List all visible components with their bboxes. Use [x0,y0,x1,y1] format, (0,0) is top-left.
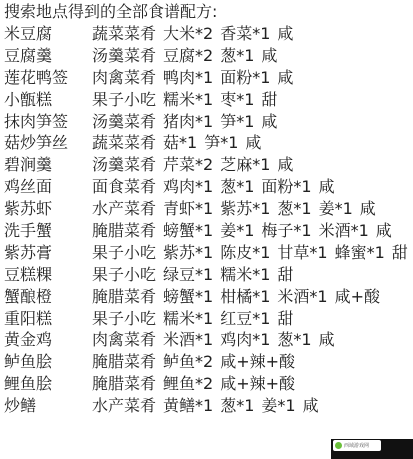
recipe-category: 果子小吃 [92,89,163,111]
recipe-row: 重阳糕果子小吃糯米*1红豆*1甜 [4,308,413,330]
watermark-text: 西域游戏网 [344,442,369,449]
ingredient: 香菜*1 [220,23,270,45]
recipe-name: 紫苏膏 [4,242,92,264]
recipe-category: 汤羹菜肴 [92,45,163,67]
recipe-category: 汤羹菜肴 [92,154,163,176]
recipe-name: 鲈鱼脍 [4,351,92,373]
ingredient: 葱*1 [277,329,311,351]
recipe-row: 黄金鸡肉禽菜肴米酒*1鸡肉*1葱*1咸 [4,329,413,351]
recipe-ingredients: 螃蟹*1姜*1梅子*1米酒*1咸 [163,220,392,242]
recipe-taste: 咸 [245,132,261,154]
ingredient: 姜*1 [220,220,254,242]
ingredient: 鸡肉*1 [163,176,213,198]
recipe-ingredients: 紫苏*1陈皮*1甘草*1蜂蜜*1甜 [163,242,408,264]
ingredient: 螃蟹*1 [163,286,213,308]
recipe-category: 水产菜肴 [92,198,163,220]
ingredient: 米酒*1 [277,286,327,308]
ingredient: 糯米*1 [163,89,213,111]
ingredient: 绿豆*1 [163,264,213,286]
recipe-category: 腌腊菜肴 [92,220,163,242]
recipe-row: 小甑糕果子小吃糯米*1枣*1甜 [4,89,413,111]
recipe-row: 抹肉笋签汤羹菜肴猪肉*1笋*1咸 [4,111,413,133]
recipe-taste: 咸 [277,154,293,176]
recipe-row: 紫苏虾水产菜肴青虾*1紫苏*1葱*1姜*1咸 [4,198,413,220]
recipe-name: 紫苏虾 [4,198,92,220]
recipe-taste: 咸+辣+酸 [220,351,295,373]
ingredient: 鲤鱼*2 [163,373,213,395]
recipe-ingredients: 绿豆*1糯米*1甜 [163,264,293,286]
ingredient: 米酒*1 [319,220,369,242]
recipe-category: 水产菜肴 [92,395,163,417]
recipe-name: 重阳糕 [4,308,92,330]
ingredient: 糯米*1 [163,308,213,330]
recipe-name: 洗手蟹 [4,220,92,242]
ingredient: 大米*2 [163,23,213,45]
recipe-category: 蔬菜菜肴 [92,23,163,45]
ingredient: 蜂蜜*1 [335,242,385,264]
recipe-name: 小甑糕 [4,89,92,111]
recipe-row: 莲花鸭签肉禽菜肴鸭肉*1面粉*1咸 [4,67,413,89]
watermark-logo-icon [335,442,342,449]
recipe-ingredients: 豆腐*2葱*1咸 [163,45,277,67]
ingredient: 糯米*1 [220,264,270,286]
recipe-row: 菇炒笋丝蔬菜菜肴菇*1笋*1咸 [4,132,413,154]
ingredient: 姜*1 [261,395,295,417]
recipe-category: 果子小吃 [92,308,163,330]
recipe-name: 蟹酿橙 [4,286,92,308]
recipe-taste: 咸 [319,329,335,351]
ingredient: 葱*1 [220,45,254,67]
recipe-taste: 咸 [261,111,277,133]
recipe-row: 炒鳝水产菜肴黄鳝*1葱*1姜*1咸 [4,395,413,417]
recipe-category: 果子小吃 [92,242,163,264]
recipe-ingredients: 鸡肉*1葱*1面粉*1咸 [163,176,335,198]
ingredient: 枣*1 [220,89,254,111]
recipe-ingredients: 芹菜*2芝麻*1咸 [163,154,293,176]
recipe-category: 蔬菜菜肴 [92,132,163,154]
recipe-name: 鸡丝面 [4,176,92,198]
watermark-badge: 西域游戏网 [333,440,381,451]
ingredient: 笋*1 [204,132,238,154]
ingredient: 螃蟹*1 [163,220,213,242]
recipe-taste: 咸 [319,176,335,198]
ingredient: 紫苏*1 [163,242,213,264]
recipe-ingredients: 米酒*1鸡肉*1葱*1咸 [163,329,335,351]
ingredient: 米酒*1 [163,329,213,351]
document-title: 搜索地点得到的全部食谱配方: [4,1,413,23]
recipe-taste: 甜 [261,89,277,111]
ingredient: 面粉*1 [261,176,311,198]
recipe-taste: 咸 [303,395,319,417]
recipe-ingredients: 青虾*1紫苏*1葱*1姜*1咸 [163,198,376,220]
recipe-taste: 咸+辣+酸 [220,373,295,395]
ingredient: 鲈鱼*2 [163,351,213,373]
ingredient: 豆腐*2 [163,45,213,67]
recipe-ingredients: 猪肉*1笋*1咸 [163,111,277,133]
recipe-ingredients: 鸭肉*1面粉*1咸 [163,67,293,89]
recipe-category: 汤羹菜肴 [92,111,163,133]
recipe-row: 碧涧羹汤羹菜肴芹菜*2芝麻*1咸 [4,154,413,176]
recipe-row: 洗手蟹腌腊菜肴螃蟹*1姜*1梅子*1米酒*1咸 [4,220,413,242]
ingredient: 紫苏*1 [220,198,270,220]
ingredient: 鸡肉*1 [220,329,270,351]
recipe-name: 碧涧羹 [4,154,92,176]
recipe-ingredients: 糯米*1枣*1甜 [163,89,277,111]
recipe-category: 腌腊菜肴 [92,351,163,373]
ingredient: 柑橘*1 [220,286,270,308]
recipe-taste: 咸+酸 [335,286,380,308]
recipe-name: 黄金鸡 [4,329,92,351]
recipe-ingredients: 鲈鱼*2咸+辣+酸 [163,351,295,373]
recipe-row: 鲤鱼脍腌腊菜肴鲤鱼*2咸+辣+酸 [4,373,413,395]
recipe-ingredients: 螃蟹*1柑橘*1米酒*1咸+酸 [163,286,380,308]
recipe-ingredients: 糯米*1红豆*1甜 [163,308,293,330]
ingredient: 陈皮*1 [220,242,270,264]
recipe-name: 抹肉笋签 [4,111,92,133]
recipe-taste: 甜 [277,264,293,286]
ingredient: 芝麻*1 [220,154,270,176]
ingredient: 红豆*1 [220,308,270,330]
recipe-ingredients: 菇*1笋*1咸 [163,132,261,154]
recipe-document: 搜索地点得到的全部食谱配方: 米豆腐蔬菜菜肴大米*2香菜*1咸豆腐羹汤羹菜肴豆腐… [4,1,413,417]
ingredient: 葱*1 [220,395,254,417]
recipe-row: 鸡丝面面食菜肴鸡肉*1葱*1面粉*1咸 [4,176,413,198]
recipe-taste: 咸 [277,67,293,89]
recipe-taste: 咸 [376,220,392,242]
recipe-name: 米豆腐 [4,23,92,45]
recipe-category: 腌腊菜肴 [92,286,163,308]
recipe-ingredients: 鲤鱼*2咸+辣+酸 [163,373,295,395]
recipe-taste: 咸 [360,198,376,220]
recipe-category: 腌腊菜肴 [92,373,163,395]
ingredient: 姜*1 [319,198,353,220]
recipe-name: 鲤鱼脍 [4,373,92,395]
recipe-name: 豆腐羹 [4,45,92,67]
recipe-row: 蟹酿橙腌腊菜肴螃蟹*1柑橘*1米酒*1咸+酸 [4,286,413,308]
ingredient: 黄鳝*1 [163,395,213,417]
recipe-ingredients: 大米*2香菜*1咸 [163,23,293,45]
recipe-taste: 甜 [277,308,293,330]
recipe-name: 菇炒笋丝 [4,132,92,154]
ingredient: 葱*1 [220,176,254,198]
recipe-list: 米豆腐蔬菜菜肴大米*2香菜*1咸豆腐羹汤羹菜肴豆腐*2葱*1咸莲花鸭签肉禽菜肴鸭… [4,23,413,417]
recipe-category: 果子小吃 [92,264,163,286]
recipe-name: 豆糕粿 [4,264,92,286]
recipe-category: 肉禽菜肴 [92,67,163,89]
ingredient: 笋*1 [220,111,254,133]
recipe-category: 肉禽菜肴 [92,329,163,351]
ingredient: 青虾*1 [163,198,213,220]
recipe-row: 紫苏膏果子小吃紫苏*1陈皮*1甘草*1蜂蜜*1甜 [4,242,413,264]
ingredient: 甘草*1 [277,242,327,264]
ingredient: 猪肉*1 [163,111,213,133]
recipe-taste: 甜 [392,242,408,264]
recipe-row: 鲈鱼脍腌腊菜肴鲈鱼*2咸+辣+酸 [4,351,413,373]
ingredient: 菇*1 [163,132,197,154]
recipe-ingredients: 黄鳝*1葱*1姜*1咸 [163,395,319,417]
recipe-row: 豆糕粿果子小吃绿豆*1糯米*1甜 [4,264,413,286]
ingredient: 梅子*1 [261,220,311,242]
recipe-row: 米豆腐蔬菜菜肴大米*2香菜*1咸 [4,23,413,45]
ingredient: 面粉*1 [220,67,270,89]
recipe-taste: 咸 [277,23,293,45]
recipe-row: 豆腐羹汤羹菜肴豆腐*2葱*1咸 [4,45,413,67]
ingredient: 鸭肉*1 [163,67,213,89]
recipe-name: 炒鳝 [4,395,92,417]
ingredient: 葱*1 [277,198,311,220]
recipe-category: 面食菜肴 [92,176,163,198]
recipe-taste: 咸 [261,45,277,67]
recipe-name: 莲花鸭签 [4,67,92,89]
ingredient: 芹菜*2 [163,154,213,176]
